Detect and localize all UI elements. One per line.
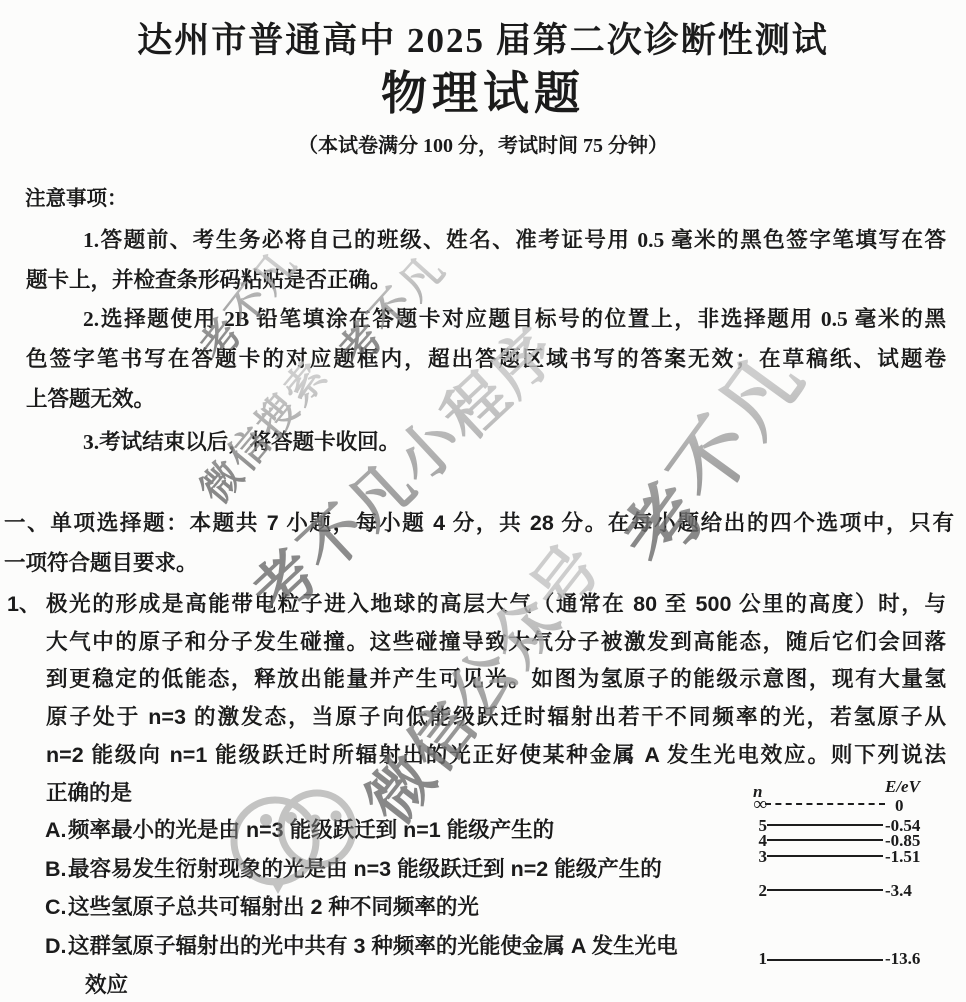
level-number: 2 — [745, 882, 767, 899]
diagram-energy-axis-label: E/eV — [885, 778, 920, 795]
option-label: D. — [45, 927, 68, 966]
option-text: 这些氢原子总共可辐射出 2 种不同频率的光 — [68, 895, 479, 919]
notice-line: 题卡上，并检查条形码粘贴是否正确。 — [26, 261, 946, 301]
notice-line: 3.考试结束以后，将答题卡收回。 — [26, 423, 946, 463]
exam-info: （本试卷满分 100 分，考试时间 75 分钟） — [0, 129, 966, 158]
notice-heading: 注意事项： — [25, 181, 128, 211]
level-number: ∞ — [745, 796, 767, 813]
section-heading-line: 一、单项选择题：本题共 7 小题，每小题 4 分，共 28 分。在每小题给出的四… — [4, 503, 954, 543]
level-line — [767, 839, 883, 841]
section-heading: 一、单项选择题：本题共 7 小题，每小题 4 分，共 28 分。在每小题给出的四… — [4, 503, 954, 583]
option-label: C. — [45, 888, 68, 927]
level-number: 1 — [745, 950, 767, 967]
level-line — [767, 824, 883, 826]
question-number: 1、 — [7, 587, 40, 618]
option-label: A. — [45, 811, 68, 850]
notice-line: 上答题无效。 — [26, 380, 946, 420]
level-line — [767, 889, 883, 891]
exam-title: 达州市普通高中 2025 届第二次诊断性测试 — [0, 13, 966, 63]
notice-line: 2.选择题使用 2B 铅笔填涂在答题卡对应题目标号的位置上，非选择题用 0.5 … — [26, 300, 946, 340]
level-energy-value: -13.6 — [885, 950, 920, 967]
notice-block: 1.答题前、考生务必将自己的班级、姓名、准考证号用 0.5 毫米的黑色签字笔填写… — [26, 221, 946, 462]
question-stem-line: 原子处于 n=3 的激发态，当原子向低能级跃迁时辐射出若干不同频率的光，若氢原子… — [46, 699, 946, 737]
question-stem-line: 到更稳定的低能态，释放出能量并产生可见光。如图为氢原子的能级示意图，现有大量氢 — [46, 661, 946, 699]
level-line — [767, 959, 883, 961]
level-energy-value: -3.4 — [885, 882, 912, 899]
subject-title: 物理试题 — [0, 57, 966, 123]
option-text: 这群氢原子辐射出的光中共有 3 种频率的光能使金属 A 发生光电 — [68, 934, 678, 958]
option-text: 最容易发生衍射现象的光是由 n=3 能级跃迁到 n=2 能级产生的 — [68, 857, 662, 881]
level-number: 3 — [745, 848, 767, 865]
notice-line: 1.答题前、考生务必将自己的班级、姓名、准考证号用 0.5 毫米的黑色签字笔填写… — [26, 221, 946, 261]
question-stem-line: 大气中的原子和分子发生碰撞。这些碰撞导致大气分子被激发到高能态，随后它们会回落 — [46, 624, 946, 662]
level-energy-value: -1.51 — [885, 848, 920, 865]
option-label: B. — [45, 850, 68, 889]
exam-paper-page: 达州市普通高中 2025 届第二次诊断性测试 物理试题 （本试卷满分 100 分… — [0, 0, 966, 1002]
level-line — [767, 855, 883, 857]
question-stem-line: n=2 能级向 n=1 能级跃迁时所辐射出的光正好使某种金属 A 发生光电效应。… — [46, 737, 946, 775]
option-text: 频率最小的光是由 n=3 能级跃迁到 n=1 能级产生的 — [68, 818, 554, 842]
level-line-dashed — [765, 803, 885, 805]
level-energy-value: 0 — [895, 797, 904, 814]
question-stem-line: 极光的形成是高能带电粒子进入地球的高层大气（通常在 80 至 500 公里的高度… — [46, 586, 946, 624]
section-heading-line: 一项符合题目要求。 — [4, 543, 954, 583]
energy-level-diagram: n E/eV ∞ 0 5 -0.54 4 -0.85 3 -1.51 2 -3.… — [745, 772, 960, 1000]
notice-line: 色签字笔书写在答题卡的对应题框内，超出答题区域书写的答案无效；在草稿纸、试题卷 — [26, 340, 946, 380]
